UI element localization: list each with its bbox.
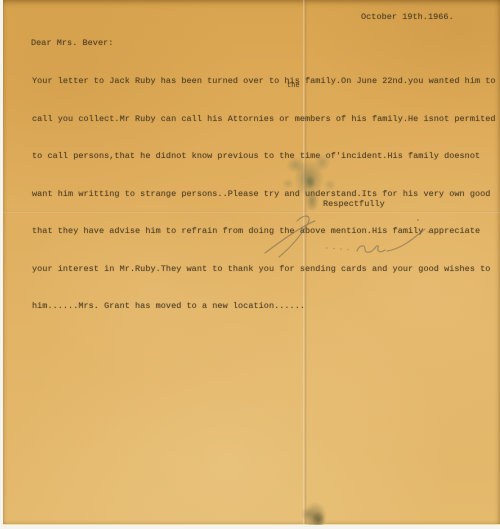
letter-body: Your letter to Jack Ruby has been turned… <box>32 56 496 339</box>
scanned-letter-photo: October 19th.1966. Dear Mrs. Bever: Your… <box>0 0 500 529</box>
letter-line: Your letter to Jack Ruby has been turned… <box>32 76 496 94</box>
letter-line: him......Mrs. Grant has moved to a new l… <box>32 301 496 319</box>
letter-line: call you collect.Mr Ruby can call his At… <box>32 114 496 132</box>
inserted-word-above-line: the <box>287 82 300 90</box>
letter-line: want him writting to strange persons..Pl… <box>32 189 496 207</box>
ink-stain-bottom <box>293 496 337 525</box>
letter-line: to call persons,that he didnot know prev… <box>32 151 496 169</box>
letter-date: October 19th.1966. <box>361 12 454 22</box>
ink-stain-top <box>279 144 339 210</box>
signature-scribble <box>251 207 441 267</box>
letter-paper: October 19th.1966. Dear Mrs. Bever: Your… <box>3 0 500 525</box>
letter-salutation: Dear Mrs. Bever: <box>31 38 113 48</box>
